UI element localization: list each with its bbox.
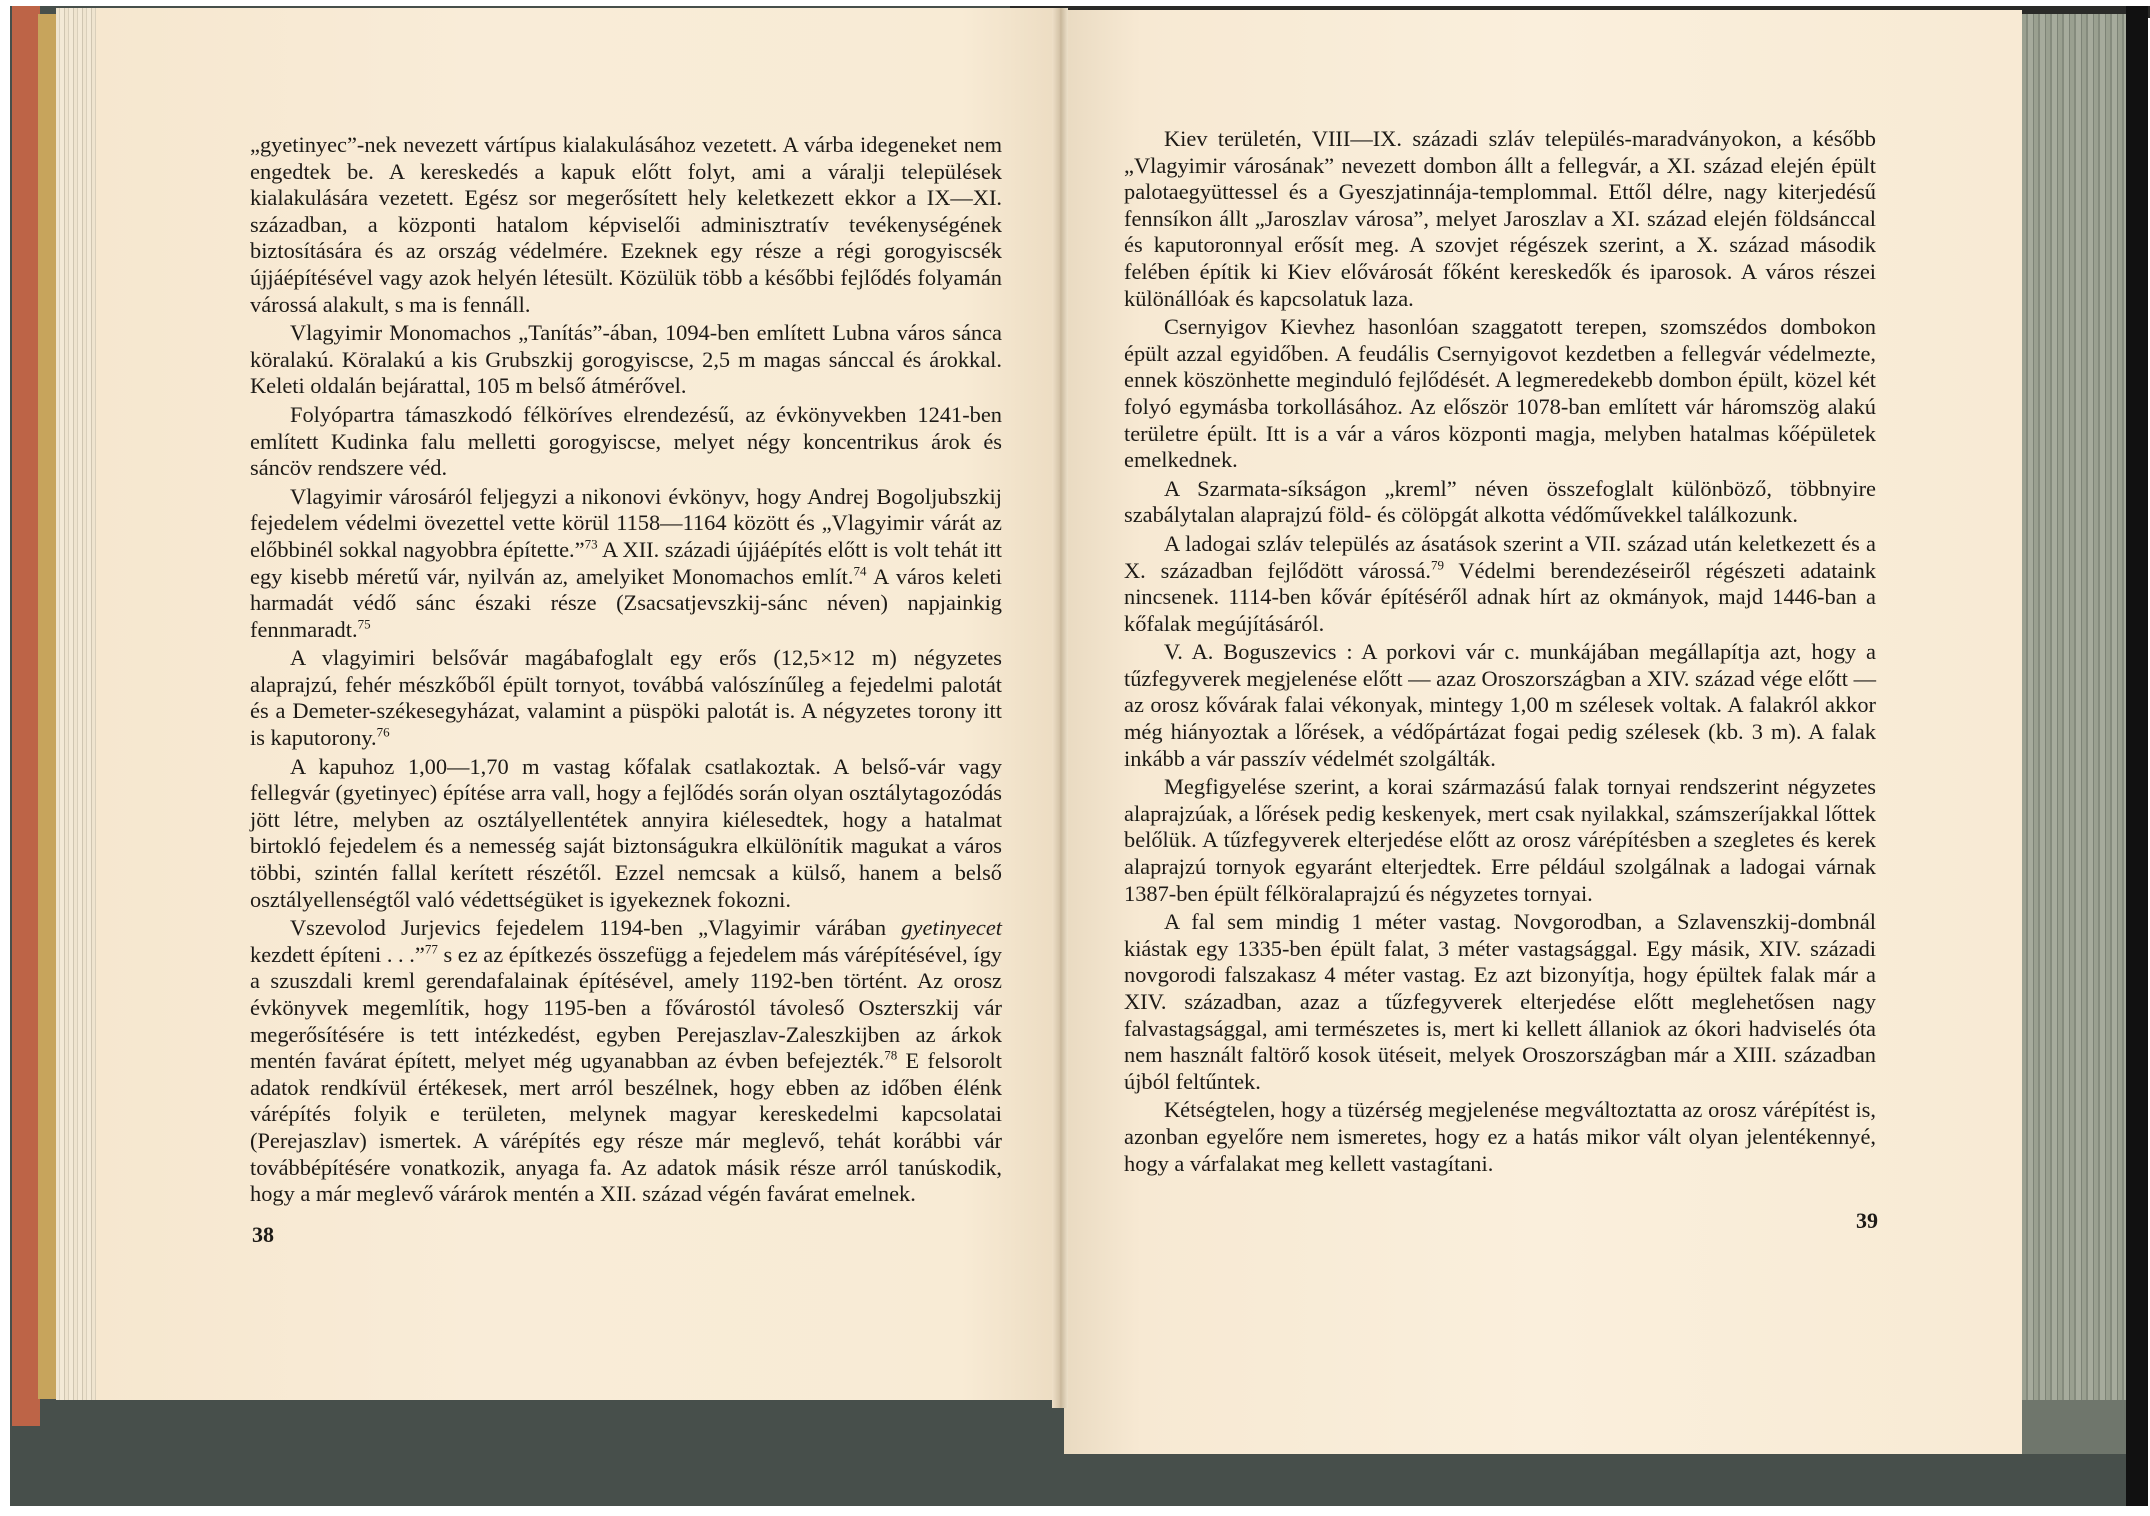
paragraph: Vlagyimir városáról feljegyzi a nikonovi… (250, 484, 1002, 644)
paragraph: A Szarmata-síkságon „kreml” néven összef… (1124, 476, 1876, 529)
left-page-text: „gyetinyec”-nek nevezett vártípus kialak… (250, 132, 1002, 1208)
book-cover-right (2126, 6, 2148, 1506)
paragraph: Folyópartra támaszkodó félköríves elrend… (250, 402, 1002, 482)
footnote-ref: 79 (1431, 557, 1444, 572)
paragraph: A fal sem mindig 1 méter vastag. Novgoro… (1124, 909, 1876, 1095)
page-number-right: 39 (1856, 1208, 1878, 1234)
paragraph: Kiev területén, VIII—IX. századi szláv t… (1124, 126, 1876, 312)
paragraph: Vszevolod Jurjevics fejedelem 1194-ben „… (250, 915, 1002, 1208)
scan-bottom-margin (0, 1506, 2150, 1516)
paragraph: Csernyigov Kievhez hasonlóan szaggatott … (1124, 314, 1876, 474)
paragraph: „gyetinyec”-nek nevezett vártípus kialak… (250, 132, 1002, 318)
paragraph: Vlagyimir Monomachos „Tanítás”-ában, 109… (250, 320, 1002, 400)
book-endpaper (38, 14, 58, 1399)
paragraph: A ladogai szláv település az ásatások sz… (1124, 531, 1876, 637)
page-edges-left (56, 8, 98, 1400)
page-edges-right (2022, 14, 2128, 1454)
paragraph: A vlagyimiri belsővár magábafoglalt egy … (250, 645, 1002, 751)
paragraph: Kétségtelen, hogy a tüzérség megjelenése… (1124, 1097, 1876, 1177)
footnote-ref: 76 (377, 725, 390, 740)
right-page-text: Kiev területén, VIII—IX. századi szláv t… (1124, 126, 1876, 1177)
book-gutter (1052, 8, 1068, 1408)
footnote-ref: 73 (585, 536, 598, 551)
book-cover-left (12, 6, 40, 1426)
footnote-ref: 74 (854, 563, 867, 578)
page-edges-right-bottom (2022, 1400, 2128, 1454)
footnote-ref: 78 (884, 1048, 897, 1063)
paragraph: V. A. Boguszevics : A porkovi vár c. mun… (1124, 639, 1876, 772)
footnote-ref: 77 (425, 941, 438, 956)
paragraph: A kapuhoz 1,00—1,70 m vastag kőfalak csa… (250, 754, 1002, 914)
page-number-left: 38 (252, 1222, 274, 1248)
italic-term: gyetinyecet (901, 915, 1002, 940)
footnote-ref: 75 (358, 616, 371, 631)
paragraph: Megfigyelése szerint, a korai származású… (1124, 774, 1876, 907)
